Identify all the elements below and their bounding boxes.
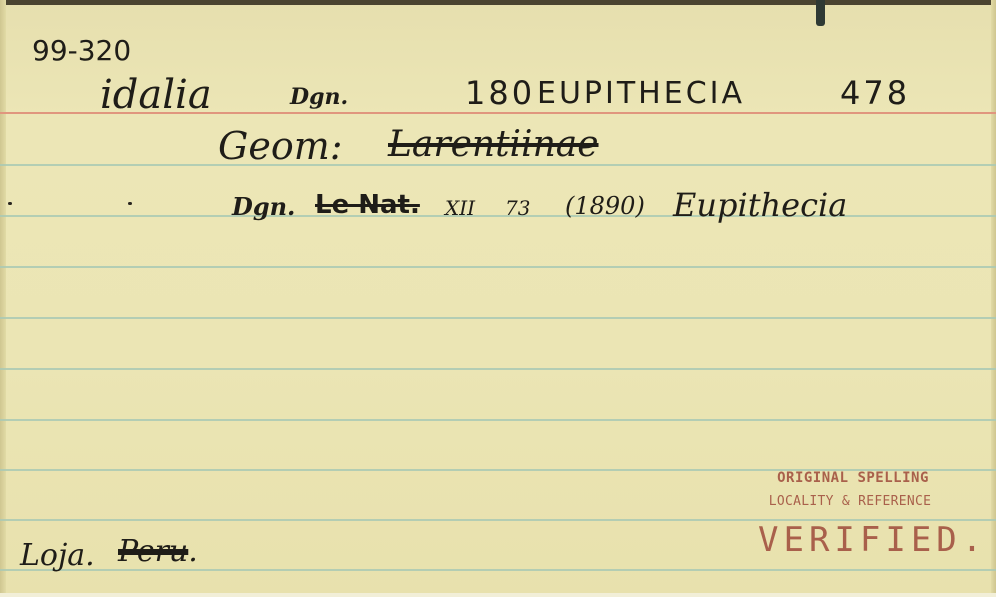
accession-number: 99-320 <box>32 34 131 67</box>
card-left-edge <box>0 0 6 597</box>
subfamily-struck: Larentiinae <box>388 124 599 165</box>
stamp-line-2: LOCALITY & REFERENCE <box>752 494 948 509</box>
locality: Loja. <box>20 538 95 573</box>
ruled-line <box>0 419 996 421</box>
citation-year: (1890) <box>565 192 645 220</box>
ruled-line <box>0 368 996 370</box>
citation-journal-struck: Le Nat. <box>315 190 420 220</box>
citation-volume: XII <box>445 196 475 220</box>
ruled-line <box>0 569 996 571</box>
original-genus: Eupithecia <box>673 186 847 224</box>
ink-dot <box>8 202 12 205</box>
ruled-line <box>0 266 996 268</box>
genus-name: EUPITHECIA <box>537 76 745 111</box>
stamp-verified: VERIFIED. <box>758 520 948 560</box>
genus-number: 180 <box>465 74 535 112</box>
species-author: Dgn. <box>290 84 348 110</box>
file-tab-marker <box>816 0 825 26</box>
species-name: idalia <box>100 72 212 118</box>
stamp-line-1: ORIGINAL SPELLING <box>758 470 948 486</box>
card-bottom-edge <box>0 593 996 597</box>
family-label: Geom: <box>218 124 343 168</box>
citation-author: Dgn. <box>232 192 295 221</box>
species-number: 478 <box>840 74 910 112</box>
subfamily-name: Larentiinae <box>388 124 599 165</box>
locality-struck-wrap: Peru. <box>118 534 198 569</box>
ink-dot <box>128 202 132 205</box>
card-right-edge <box>991 0 996 597</box>
card-top-edge <box>0 0 996 5</box>
index-card: 99-320 idalia Dgn. 180 EUPITHECIA 478 Ge… <box>0 0 996 597</box>
locality-end: . <box>188 534 198 569</box>
ruled-line <box>0 317 996 319</box>
locality-struck: Peru <box>118 534 188 569</box>
citation-page: 73 <box>505 196 530 220</box>
